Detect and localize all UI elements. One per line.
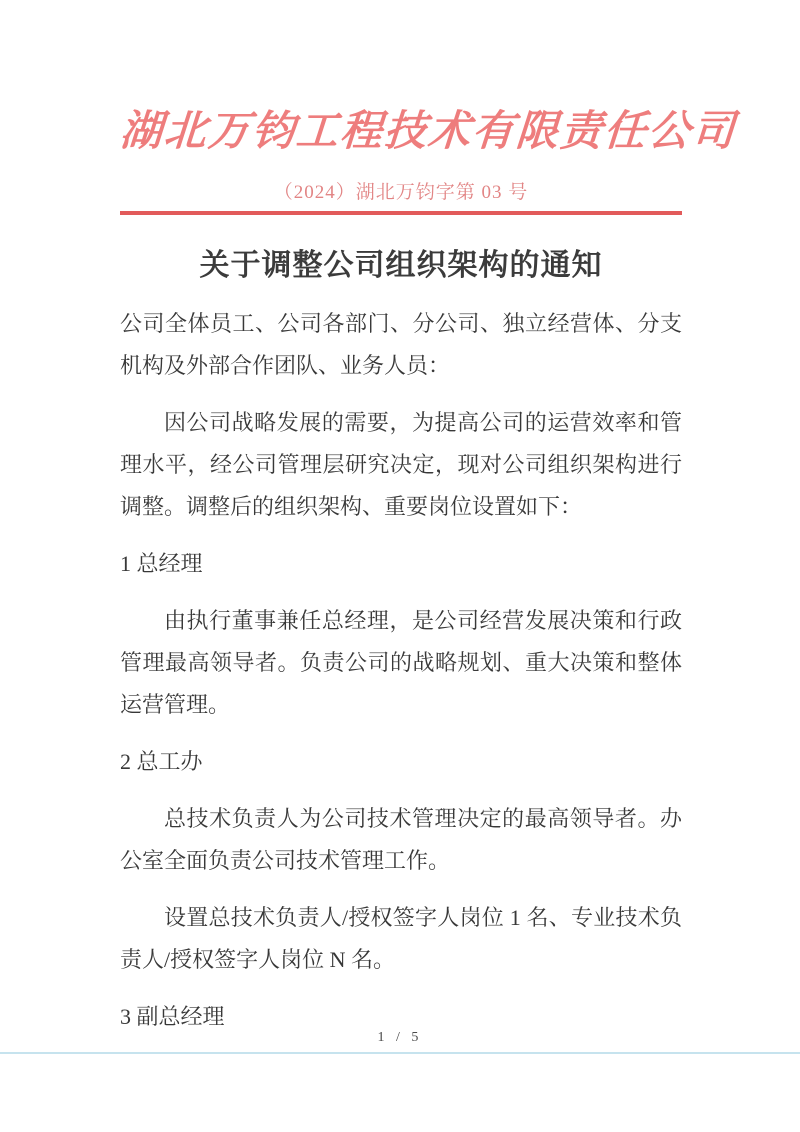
section-heading-general-manager: 1 总经理	[120, 543, 682, 585]
section-paragraph: 总技术负责人为公司技术管理决定的最高领导者。办公室全面负责公司技术管理工作。	[120, 798, 682, 882]
page-number-indicator: 1 / 5	[0, 1030, 800, 1046]
red-header-rule	[120, 211, 682, 215]
document-body: 公司全体员工、公司各部门、分公司、独立经营体、分支机构及外部合作团队、业务人员：…	[120, 303, 682, 1038]
intro-paragraph: 因公司战略发展的需要，为提高公司的运营效率和管理水平，经公司管理层研究决定，现对…	[120, 402, 682, 528]
page-break-divider	[0, 1052, 800, 1054]
document-page: 湖北万钧工程技术有限责任公司 （2024）湖北万钧字第 03 号 关于调整公司组…	[0, 0, 800, 1132]
salutation: 公司全体员工、公司各部门、分公司、独立经营体、分支机构及外部合作团队、业务人员：	[120, 303, 682, 387]
document-content: 湖北万钧工程技术有限责任公司 （2024）湖北万钧字第 03 号 关于调整公司组…	[120, 0, 682, 1053]
notice-title: 关于调整公司组织架构的通知	[120, 249, 682, 283]
company-name-header: 湖北万钧工程技术有限责任公司	[118, 106, 684, 158]
section-paragraph: 设置总技术负责人/授权签字人岗位 1 名、专业技术负责人/授权签字人岗位 N 名…	[120, 897, 682, 981]
section-paragraph: 由执行董事兼任总经理，是公司经营发展决策和行政管理最高领导者。负责公司的战略规划…	[120, 600, 682, 726]
section-heading-chief-engineer-office: 2 总工办	[120, 741, 682, 783]
document-number: （2024）湖北万钧字第 03 号	[120, 182, 682, 204]
